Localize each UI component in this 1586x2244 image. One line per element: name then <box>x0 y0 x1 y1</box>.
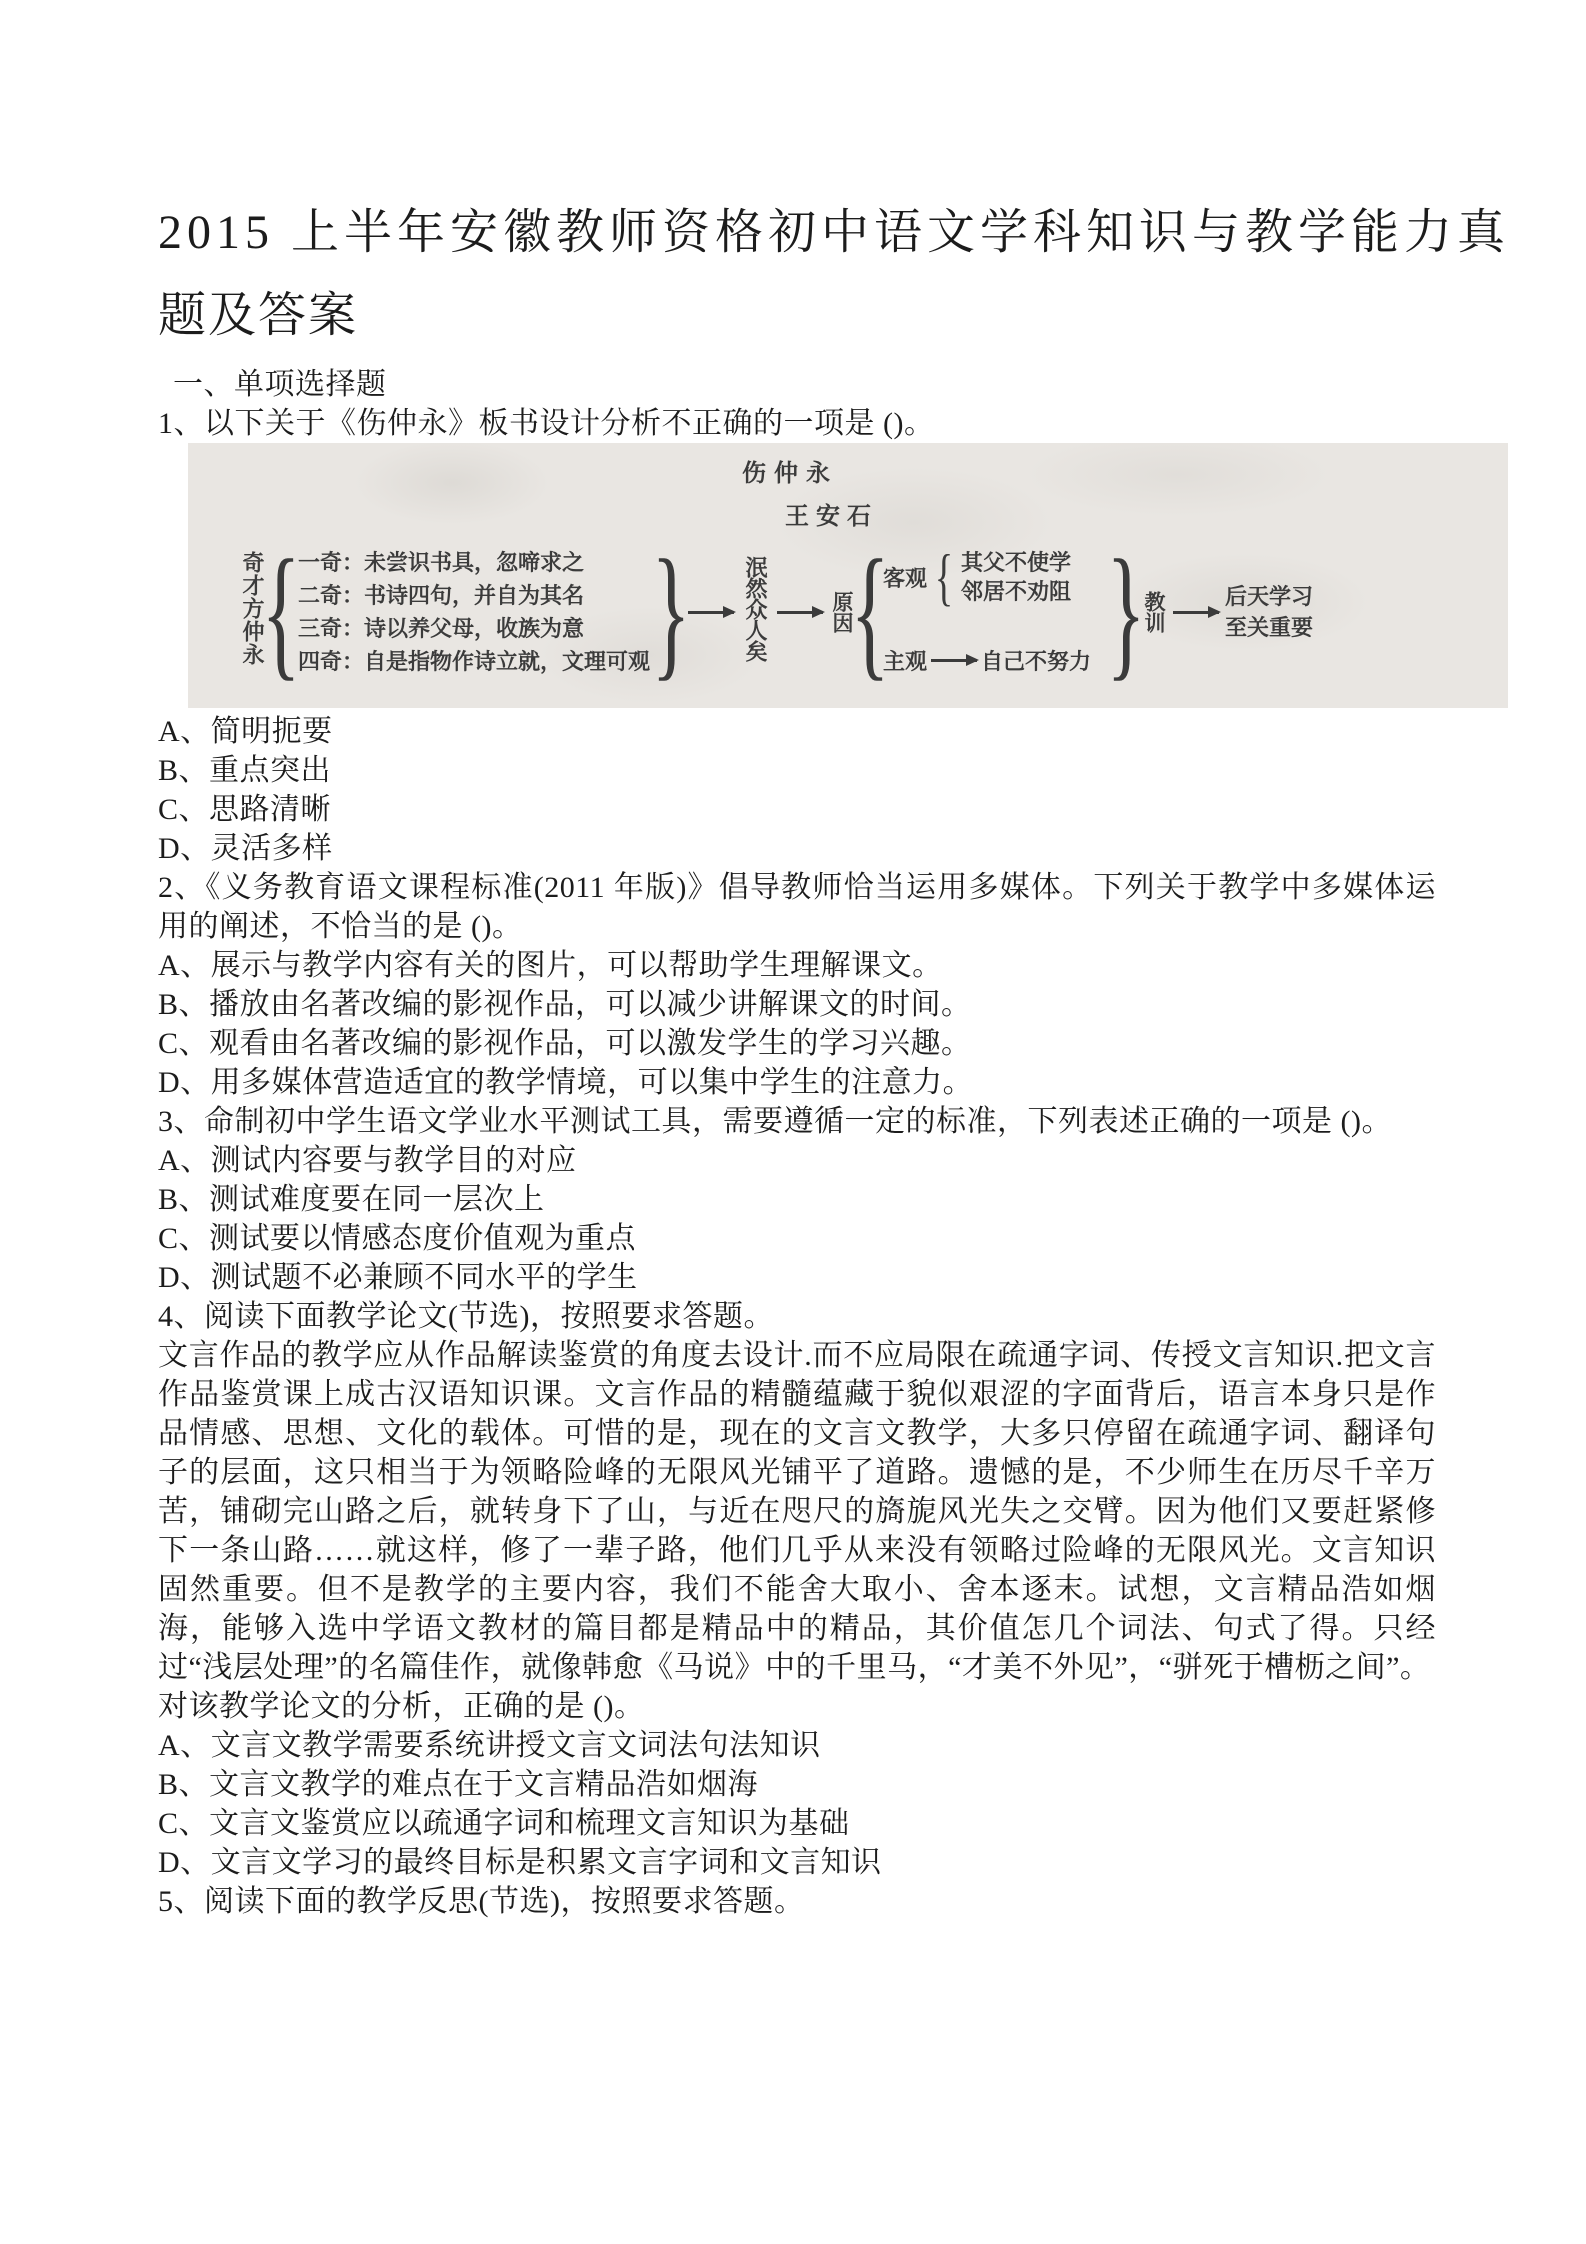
objective-cause-row: 客观 { 其父不使学 邻居不劝阻 <box>883 548 1113 606</box>
q2-option-c: C、观看由名著改编的影视作品，可以激发学生的学习兴趣。 <box>158 1024 1436 1063</box>
subjective-cause: 自己不努力 <box>981 645 1091 676</box>
q2-option-b: B、播放由名著改编的影视作品，可以减少讲解课文的时间。 <box>158 985 1436 1024</box>
q4-option-a: A、文言文教学需要系统讲授文言文词法句法知识 <box>158 1726 1436 1765</box>
q1-option-c: C、思路清晰 <box>158 790 1436 829</box>
objective-cause-2: 邻居不劝阻 <box>961 577 1071 606</box>
wonder-line-2: 二奇：书诗四句，并自为其名 <box>298 579 658 612</box>
title-line-1: 2015 上半年安徽教师资格初中语文学科知识与教学能力真 <box>158 191 1436 274</box>
section-heading: 一、单项选择题 <box>158 365 1436 404</box>
title-line-2: 题及答案 <box>158 274 1436 357</box>
wonder-line-4: 四奇：自是指物作诗立就，文理可观 <box>298 645 658 678</box>
arrow-right-icon <box>688 611 734 614</box>
arrow-right-icon <box>1173 611 1219 614</box>
board-conclusion: 后天学习 至关重要 <box>1225 581 1313 643</box>
q2-stem: 2、《义务教育语文课程标准(2011 年版)》倡导教师恰当运用多媒体。下列关于教… <box>158 868 1436 946</box>
board-design-figure: 伤仲永 王安石 奇才方仲永 { 一奇：未尝识书具，忽啼求之 二奇：书诗四句，并自… <box>188 443 1508 708</box>
open-brace: { <box>863 549 877 675</box>
board-flow-diagram: 奇才方仲永 { 一奇：未尝识书具，忽啼求之 二奇：书诗四句，并自为其名 三奇：诗… <box>237 546 1508 678</box>
q4-stem: 4、阅读下面教学论文(节选)，按照要求答题。 <box>158 1297 1436 1336</box>
subjective-cause-row: 主观 自己不努力 <box>883 645 1113 676</box>
q4-option-b: B、文言文教学的难点在于文言精品浩如烟海 <box>158 1765 1436 1804</box>
board-causes-group: 客观 { 其父不使学 邻居不劝阻 主观 自己不努力 <box>883 548 1113 676</box>
q4-option-d: D、文言文学习的最终目标是积累文言字词和文言知识 <box>158 1843 1436 1882</box>
q5-stem: 5、阅读下面的教学反思(节选)，按照要求答题。 <box>158 1882 1436 1921</box>
q1-option-b: B、重点突出 <box>158 751 1436 790</box>
q1-stem: 1、以下关于《伤仲永》板书设计分析不正确的一项是 ()。 <box>158 404 1436 443</box>
subjective-label: 主观 <box>883 645 927 676</box>
conclusion-line-1: 后天学习 <box>1225 581 1313 612</box>
q2-option-a: A、展示与教学内容有关的图片，可以帮助学生理解课文。 <box>158 946 1436 985</box>
open-brace: { <box>274 549 288 675</box>
exam-document-page: 2015 上半年安徽教师资格初中语文学科知识与教学能力真 题及答案 一、单项选择… <box>0 0 1586 2244</box>
q2-option-d: D、用多媒体营造适宜的教学情境，可以集中学生的注意力。 <box>158 1063 1436 1102</box>
q1-option-d: D、灵活多样 <box>158 829 1436 868</box>
q3-option-c: C、测试要以情感态度价值观为重点 <box>158 1219 1436 1258</box>
q3-stem: 3、命制初中学生语文学业水平测试工具，需要遵循一定的标准，下列表述正确的一项是 … <box>158 1102 1436 1141</box>
close-brace: } <box>1119 549 1133 675</box>
wonder-line-3: 三奇：诗以养父母，收族为意 <box>298 612 658 645</box>
q3-option-a: A、测试内容要与教学目的对应 <box>158 1141 1436 1180</box>
close-brace: } <box>664 549 678 675</box>
page-title: 2015 上半年安徽教师资格初中语文学科知识与教学能力真 题及答案 <box>158 191 1436 357</box>
q3-option-b: B、测试难度要在同一层次上 <box>158 1180 1436 1219</box>
page-content: 2015 上半年安徽教师资格初中语文学科知识与教学能力真 题及答案 一、单项选择… <box>0 191 1586 1921</box>
objective-label: 客观 <box>883 562 927 593</box>
objective-causes: 其父不使学 邻居不劝阻 <box>961 548 1071 606</box>
board-title: 伤仲永 <box>742 459 1508 489</box>
open-brace: { <box>936 551 952 603</box>
wonder-line-1: 一奇：未尝识书具，忽啼求之 <box>298 546 658 579</box>
q3-option-d: D、测试题不必兼顾不同水平的学生 <box>158 1258 1436 1297</box>
board-author: 王安石 <box>785 502 1508 532</box>
arrow-right-icon <box>931 659 977 662</box>
q4-question-line: 对该教学论文的分析，正确的是 ()。 <box>158 1687 1436 1726</box>
board-wonders-list: 一奇：未尝识书具，忽啼求之 二奇：书诗四句，并自为其名 三奇：诗以养父母，收族为… <box>298 546 658 678</box>
objective-cause-1: 其父不使学 <box>961 548 1071 577</box>
arrow-right-icon <box>777 611 823 614</box>
q4-essay-paragraph: 文言作品的教学应从作品解读鉴赏的角度去设计.而不应局限在疏通字词、传授文言知识.… <box>158 1336 1436 1687</box>
q4-option-c: C、文言文鉴赏应以疏通字词和梳理文言知识为基础 <box>158 1804 1436 1843</box>
board-result: 泯然众人矣 <box>740 556 771 668</box>
conclusion-line-2: 至关重要 <box>1225 612 1313 643</box>
q1-option-a: A、简明扼要 <box>158 712 1436 751</box>
